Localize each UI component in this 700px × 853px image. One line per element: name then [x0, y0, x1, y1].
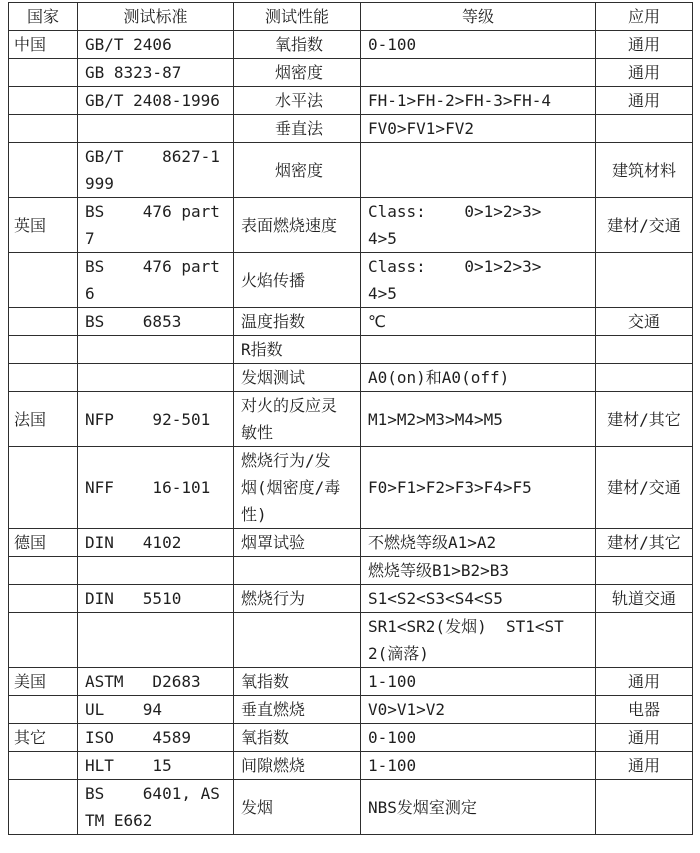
cell-grade: 0-100 [361, 724, 596, 752]
cell-application [596, 557, 693, 585]
cell-grade: ℃ [361, 308, 596, 336]
cell-country [9, 336, 78, 364]
cell-standard: BS 6853 [78, 308, 234, 336]
cell-country [9, 253, 78, 308]
cell-application: 通用 [596, 31, 693, 59]
cell-property: 烟罩试验 [234, 529, 361, 557]
cell-property: 垂直法 [234, 115, 361, 143]
cell-property: 燃烧行为 [234, 585, 361, 613]
cell-property: 烟密度 [234, 143, 361, 198]
cell-country [9, 447, 78, 529]
cell-grade: 不燃烧等级A1>A2 [361, 529, 596, 557]
cell-standard: GB/T 8627-1 999 [78, 143, 234, 198]
table-row: 垂直法 FV0>FV1>FV2 [9, 115, 693, 143]
cell-property: 发烟测试 [234, 364, 361, 392]
cell-application: 通用 [596, 668, 693, 696]
table-row: 其它 ISO 4589 氧指数 0-100 通用 [9, 724, 693, 752]
cell-application: 通用 [596, 59, 693, 87]
cell-application: 电器 [596, 696, 693, 724]
col-header-standard: 测试标准 [78, 3, 234, 31]
cell-property: 氧指数 [234, 31, 361, 59]
cell-property: 间隙燃烧 [234, 752, 361, 780]
cell-property: 发烟 [234, 780, 361, 835]
cell-country [9, 87, 78, 115]
cell-grade: 1-100 [361, 668, 596, 696]
cell-application: 通用 [596, 87, 693, 115]
cell-application [596, 253, 693, 308]
cell-standard [78, 364, 234, 392]
cell-grade: F0>F1>F2>F3>F4>F5 [361, 447, 596, 529]
table-row: HLT 15 间隙燃烧 1-100 通用 [9, 752, 693, 780]
table-row: UL 94 垂直燃烧 V0>V1>V2 电器 [9, 696, 693, 724]
cell-property: 温度指数 [234, 308, 361, 336]
cell-country [9, 308, 78, 336]
table-row: DIN 5510 燃烧行为 S1<S2<S3<S4<S5 轨道交通 [9, 585, 693, 613]
cell-property: 水平法 [234, 87, 361, 115]
cell-standard: ASTM D2683 [78, 668, 234, 696]
cell-grade: FV0>FV1>FV2 [361, 115, 596, 143]
cell-country [9, 696, 78, 724]
cell-standard: BS 476 part 7 [78, 198, 234, 253]
table-row: 发烟测试 A0(on)和A0(off) [9, 364, 693, 392]
cell-standard: GB/T 2408-1996 [78, 87, 234, 115]
cell-property [234, 557, 361, 585]
cell-property: 垂直燃烧 [234, 696, 361, 724]
cell-standard [78, 336, 234, 364]
cell-standard: BS 476 part 6 [78, 253, 234, 308]
cell-country [9, 364, 78, 392]
cell-grade: FH-1>FH-2>FH-3>FH-4 [361, 87, 596, 115]
cell-application [596, 336, 693, 364]
cell-country: 德国 [9, 529, 78, 557]
table-row: BS 6853 温度指数 ℃ 交通 [9, 308, 693, 336]
cell-property: 火焰传播 [234, 253, 361, 308]
cell-application: 轨道交通 [596, 585, 693, 613]
table-row: 英国 BS 476 part 7 表面燃烧速度 Class: 0>1>2>3> … [9, 198, 693, 253]
cell-country [9, 752, 78, 780]
table-row: GB 8323-87 烟密度 通用 [9, 59, 693, 87]
col-header-grade: 等级 [361, 3, 596, 31]
cell-standard: GB/T 2406 [78, 31, 234, 59]
cell-grade: SR1<SR2(发烟) ST1<ST 2(滴落) [361, 613, 596, 668]
cell-application: 交通 [596, 308, 693, 336]
cell-grade [361, 336, 596, 364]
col-header-property: 测试性能 [234, 3, 361, 31]
cell-country: 法国 [9, 392, 78, 447]
cell-standard: ISO 4589 [78, 724, 234, 752]
cell-grade: M1>M2>M3>M4>M5 [361, 392, 596, 447]
cell-property: 燃烧行为/发 烟(烟密度/毒 性) [234, 447, 361, 529]
cell-standard [78, 613, 234, 668]
cell-country [9, 59, 78, 87]
cell-country [9, 585, 78, 613]
cell-application [596, 780, 693, 835]
cell-property: 氧指数 [234, 668, 361, 696]
cell-application: 建筑材料 [596, 143, 693, 198]
table-row: BS 6401, AS TM E662 发烟 NBS发烟室测定 [9, 780, 693, 835]
cell-property: 对火的反应灵 敏性 [234, 392, 361, 447]
cell-application [596, 613, 693, 668]
cell-standard: NFF 16-101 [78, 447, 234, 529]
cell-application [596, 364, 693, 392]
standards-table: 国家 测试标准 测试性能 等级 应用 中国 GB/T 2406 氧指数 0-10… [8, 2, 693, 835]
cell-property: 表面燃烧速度 [234, 198, 361, 253]
table-row: 德国 DIN 4102 烟罩试验 不燃烧等级A1>A2 建材/其它 [9, 529, 693, 557]
cell-property: R指数 [234, 336, 361, 364]
cell-country [9, 780, 78, 835]
table-row: GB/T 2408-1996 水平法 FH-1>FH-2>FH-3>FH-4 通… [9, 87, 693, 115]
col-header-application: 应用 [596, 3, 693, 31]
cell-grade: 1-100 [361, 752, 596, 780]
cell-grade [361, 59, 596, 87]
cell-standard [78, 115, 234, 143]
table-row: BS 476 part 6 火焰传播 Class: 0>1>2>3> 4>5 [9, 253, 693, 308]
cell-standard: GB 8323-87 [78, 59, 234, 87]
cell-standard: DIN 5510 [78, 585, 234, 613]
cell-application: 建材/其它 [596, 392, 693, 447]
table-row: 中国 GB/T 2406 氧指数 0-100 通用 [9, 31, 693, 59]
cell-standard [78, 557, 234, 585]
table-row: 法国 NFP 92-501 对火的反应灵 敏性 M1>M2>M3>M4>M5 建… [9, 392, 693, 447]
cell-application: 建材/其它 [596, 529, 693, 557]
cell-grade [361, 143, 596, 198]
cell-grade: A0(on)和A0(off) [361, 364, 596, 392]
table-row: NFF 16-101 燃烧行为/发 烟(烟密度/毒 性) F0>F1>F2>F3… [9, 447, 693, 529]
cell-property: 氧指数 [234, 724, 361, 752]
cell-standard: DIN 4102 [78, 529, 234, 557]
cell-country: 中国 [9, 31, 78, 59]
table-row: SR1<SR2(发烟) ST1<ST 2(滴落) [9, 613, 693, 668]
cell-grade: S1<S2<S3<S4<S5 [361, 585, 596, 613]
table-row: 美国 ASTM D2683 氧指数 1-100 通用 [9, 668, 693, 696]
document-page: 国家 测试标准 测试性能 等级 应用 中国 GB/T 2406 氧指数 0-10… [0, 0, 700, 835]
cell-grade: Class: 0>1>2>3> 4>5 [361, 198, 596, 253]
cell-property: 烟密度 [234, 59, 361, 87]
cell-standard: BS 6401, AS TM E662 [78, 780, 234, 835]
cell-grade: NBS发烟室测定 [361, 780, 596, 835]
cell-grade: 0-100 [361, 31, 596, 59]
cell-country: 其它 [9, 724, 78, 752]
cell-country: 美国 [9, 668, 78, 696]
table-row: 燃烧等级B1>B2>B3 [9, 557, 693, 585]
header-row: 国家 测试标准 测试性能 等级 应用 [9, 3, 693, 31]
cell-application: 建材/交通 [596, 447, 693, 529]
table-row: GB/T 8627-1 999 烟密度 建筑材料 [9, 143, 693, 198]
cell-standard: NFP 92-501 [78, 392, 234, 447]
cell-standard: HLT 15 [78, 752, 234, 780]
cell-application: 通用 [596, 752, 693, 780]
table-row: R指数 [9, 336, 693, 364]
cell-application [596, 115, 693, 143]
cell-grade: Class: 0>1>2>3> 4>5 [361, 253, 596, 308]
cell-application: 通用 [596, 724, 693, 752]
cell-property [234, 613, 361, 668]
cell-country [9, 115, 78, 143]
cell-country: 英国 [9, 198, 78, 253]
col-header-country: 国家 [9, 3, 78, 31]
cell-grade: 燃烧等级B1>B2>B3 [361, 557, 596, 585]
cell-application: 建材/交通 [596, 198, 693, 253]
cell-grade: V0>V1>V2 [361, 696, 596, 724]
cell-country [9, 557, 78, 585]
cell-standard: UL 94 [78, 696, 234, 724]
cell-country [9, 613, 78, 668]
cell-country [9, 143, 78, 198]
